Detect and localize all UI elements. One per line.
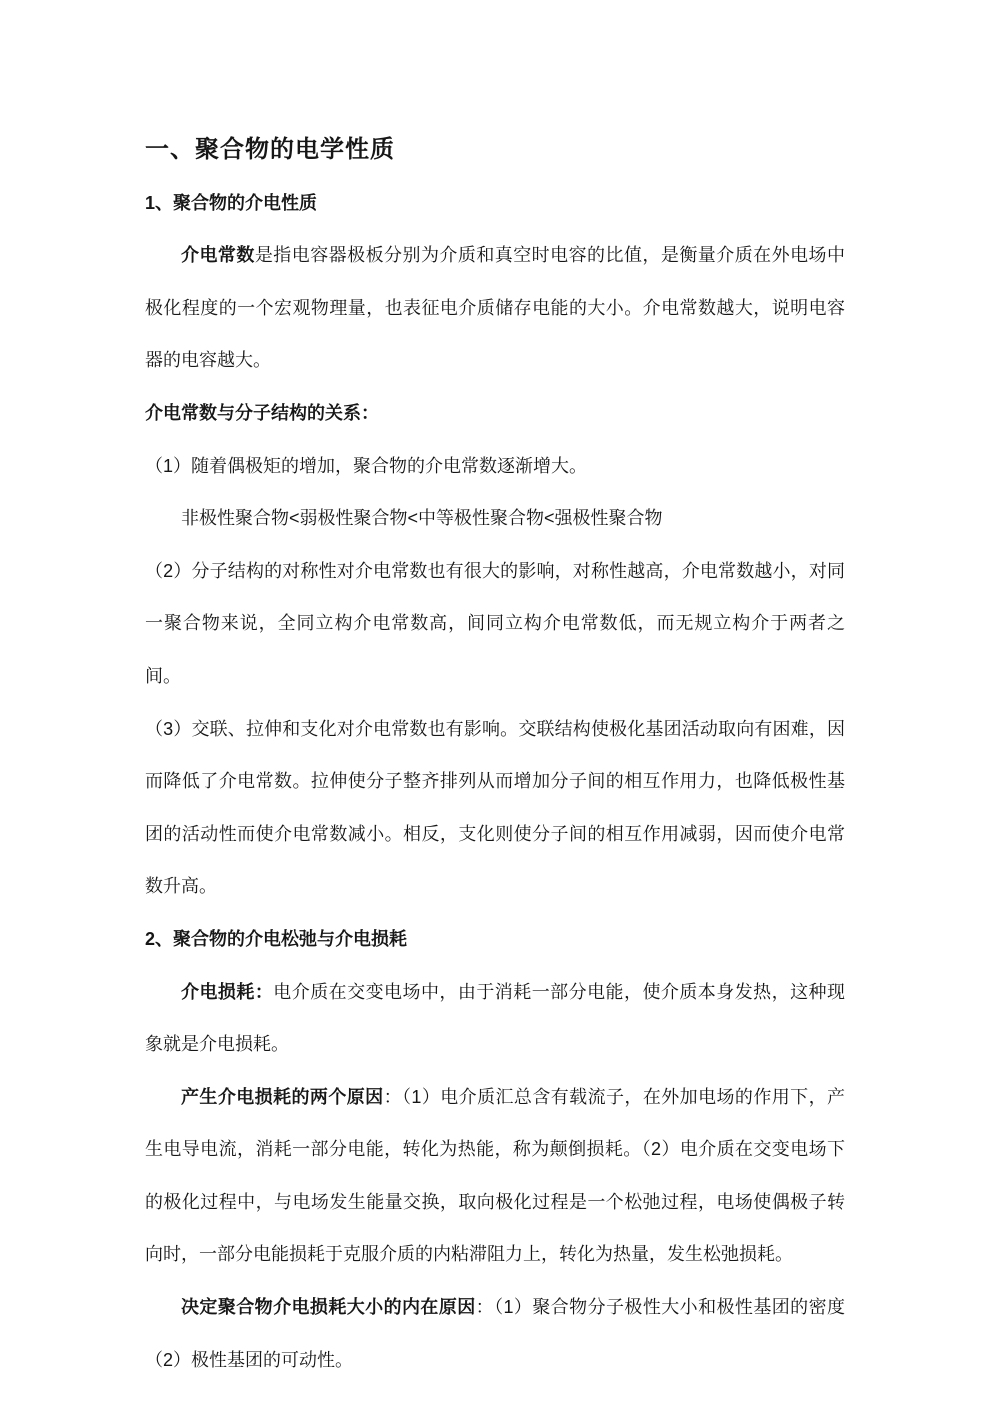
heading-2: 1、聚合物的介电性质 — [145, 177, 845, 230]
bold-text-run: 介电常数 — [181, 245, 255, 265]
document-body: 一、聚合物的电学性质1、聚合物的介电性质介电常数是指电容器极板分别为介质和真空时… — [145, 124, 845, 1386]
text-run: ：（1）电介质汇总含有载流子，在外加电场的作用下，产生电导电流，消耗一部分电能，… — [145, 1087, 845, 1265]
paragraph: 介电常数与分子结构的关系： — [145, 387, 845, 440]
document-page: 一、聚合物的电学性质1、聚合物的介电性质介电常数是指电容器极板分别为介质和真空时… — [0, 0, 992, 1403]
heading-2: 2、聚合物的介电松弛与介电损耗 — [145, 913, 845, 966]
text-run: （1）随着偶极矩的增加，聚合物的介电常数逐渐增大。 — [145, 456, 587, 476]
paragraph: 非极性聚合物<弱极性聚合物<中等极性聚合物<强极性聚合物 — [145, 492, 845, 545]
paragraph: 产生介电损耗的两个原因：（1）电介质汇总含有载流子，在外加电场的作用下，产生电导… — [145, 1071, 845, 1281]
paragraph: （1）随着偶极矩的增加，聚合物的介电常数逐渐增大。 — [145, 440, 845, 493]
bold-text-run: 2、聚合物的介电松弛与介电损耗 — [145, 929, 407, 949]
bold-text-run: 一、聚合物的电学性质 — [145, 136, 395, 163]
bold-text-run: 产生介电损耗的两个原因 — [181, 1087, 384, 1107]
paragraph: 介电损耗：电介质在交变电场中，由于消耗一部分电能，使介质本身发热，这种现象就是介… — [145, 966, 845, 1071]
paragraph: （3）交联、拉伸和支化对介电常数也有影响。交联结构使极化基团活动取向有困难，因而… — [145, 703, 845, 913]
bold-text-run: 1、聚合物的介电性质 — [145, 193, 317, 213]
paragraph: （2）分子结构的对称性对介电常数也有很大的影响，对称性越高，介电常数越小，对同一… — [145, 545, 845, 703]
bold-text-run: 介电常数与分子结构的关系： — [145, 403, 379, 423]
text-run: （2）分子结构的对称性对介电常数也有很大的影响，对称性越高，介电常数越小，对同一… — [145, 561, 845, 686]
text-run: （3）交联、拉伸和支化对介电常数也有影响。交联结构使极化基团活动取向有困难，因而… — [145, 719, 845, 897]
paragraph: 介电常数是指电容器极板分别为介质和真空时电容的比值，是衡量介质在外电场中极化程度… — [145, 229, 845, 387]
bold-text-run: 决定聚合物介电损耗大小的内在原因 — [181, 1297, 476, 1317]
text-run: 非极性聚合物<弱极性聚合物<中等极性聚合物<强极性聚合物 — [181, 508, 663, 528]
paragraph: 决定聚合物介电损耗大小的内在原因：（1）聚合物分子极性大小和极性基团的密度（2）… — [145, 1281, 845, 1386]
bold-text-run: 介电损耗： — [181, 982, 273, 1002]
heading-1: 一、聚合物的电学性质 — [145, 124, 845, 177]
